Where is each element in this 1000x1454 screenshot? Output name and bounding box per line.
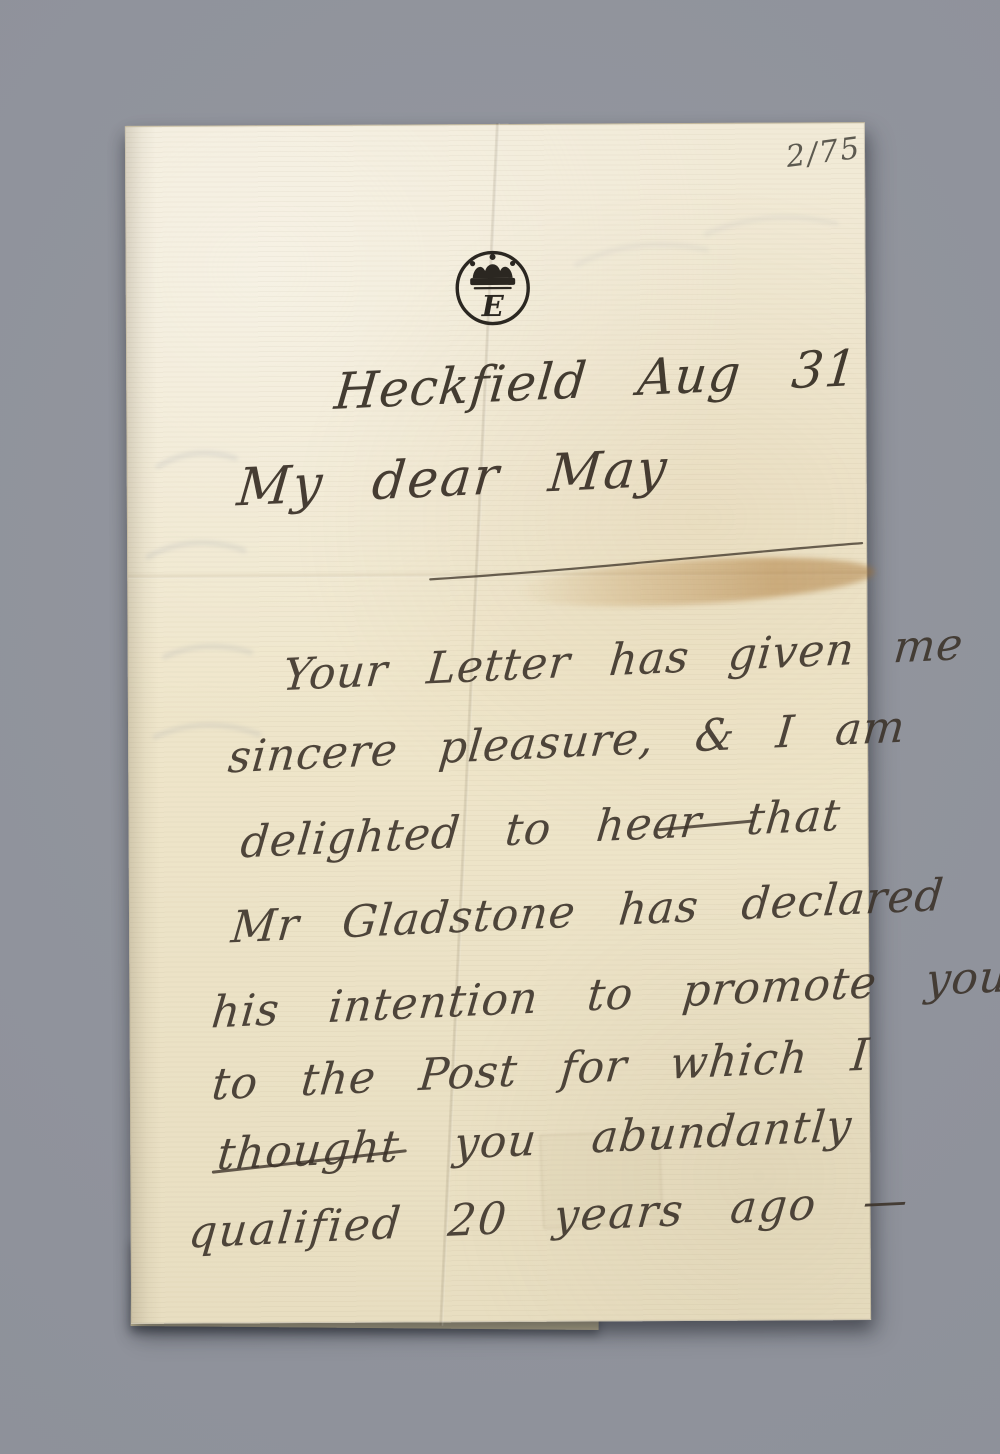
letter-body-line: Your Letter has given me	[281, 623, 966, 698]
crest-stamp: E	[452, 246, 534, 330]
letter-body-line: thought you abundantly	[215, 1104, 854, 1177]
letter-body-line: qualified 20 years ago —	[187, 1179, 911, 1256]
letter-paper: 2/75 E Heckfield Aug 31 My dear May Your…	[125, 122, 871, 1324]
flourish-underline	[426, 539, 866, 585]
show-through-marks-top	[546, 153, 867, 305]
letter-dateline: Heckfield Aug 31	[332, 343, 860, 417]
photo-background: 2/75 E Heckfield Aug 31 My dear May Your…	[0, 0, 1000, 1454]
letter-body-line: Mr Gladstone has declared	[229, 874, 946, 951]
letter-body-line: his intention to promote you	[210, 955, 1000, 1035]
letter-body-line: to the Post for which I	[210, 1033, 871, 1107]
crest-monogram-letter: E	[481, 289, 505, 323]
